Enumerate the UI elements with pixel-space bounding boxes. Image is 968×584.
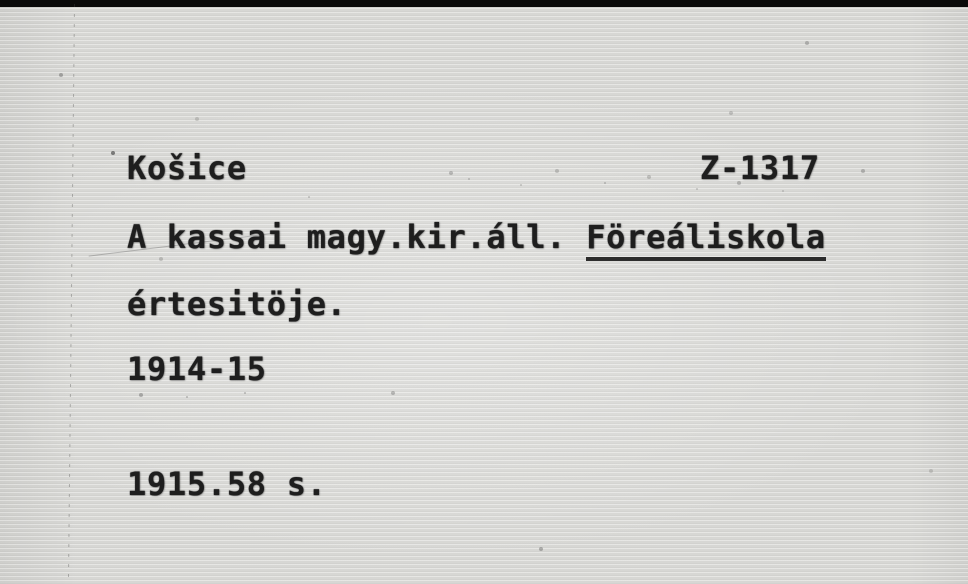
- card-year-range: 1914-15: [127, 351, 267, 387]
- catalog-card-scan: Košice Z-1317 A kassai magy.kir.áll. För…: [0, 0, 968, 584]
- card-title-underlined-word: Föreáliskola: [586, 218, 826, 261]
- card-title-prefix: A kassai magy.kir.áll.: [127, 218, 586, 256]
- fold-line: [68, 4, 75, 584]
- card-title-line-1: A kassai magy.kir.áll. Föreáliskola: [127, 219, 826, 255]
- paper-speckles: [0, 0, 2, 2]
- card-accession-note: 1915.58 s.: [127, 466, 327, 502]
- scan-edge-bar: [0, 0, 968, 7]
- card-call-number: Z-1317: [700, 150, 820, 186]
- card-title-line-2: értesitöje.: [127, 286, 347, 322]
- card-heading-place-name: Košice: [127, 150, 247, 186]
